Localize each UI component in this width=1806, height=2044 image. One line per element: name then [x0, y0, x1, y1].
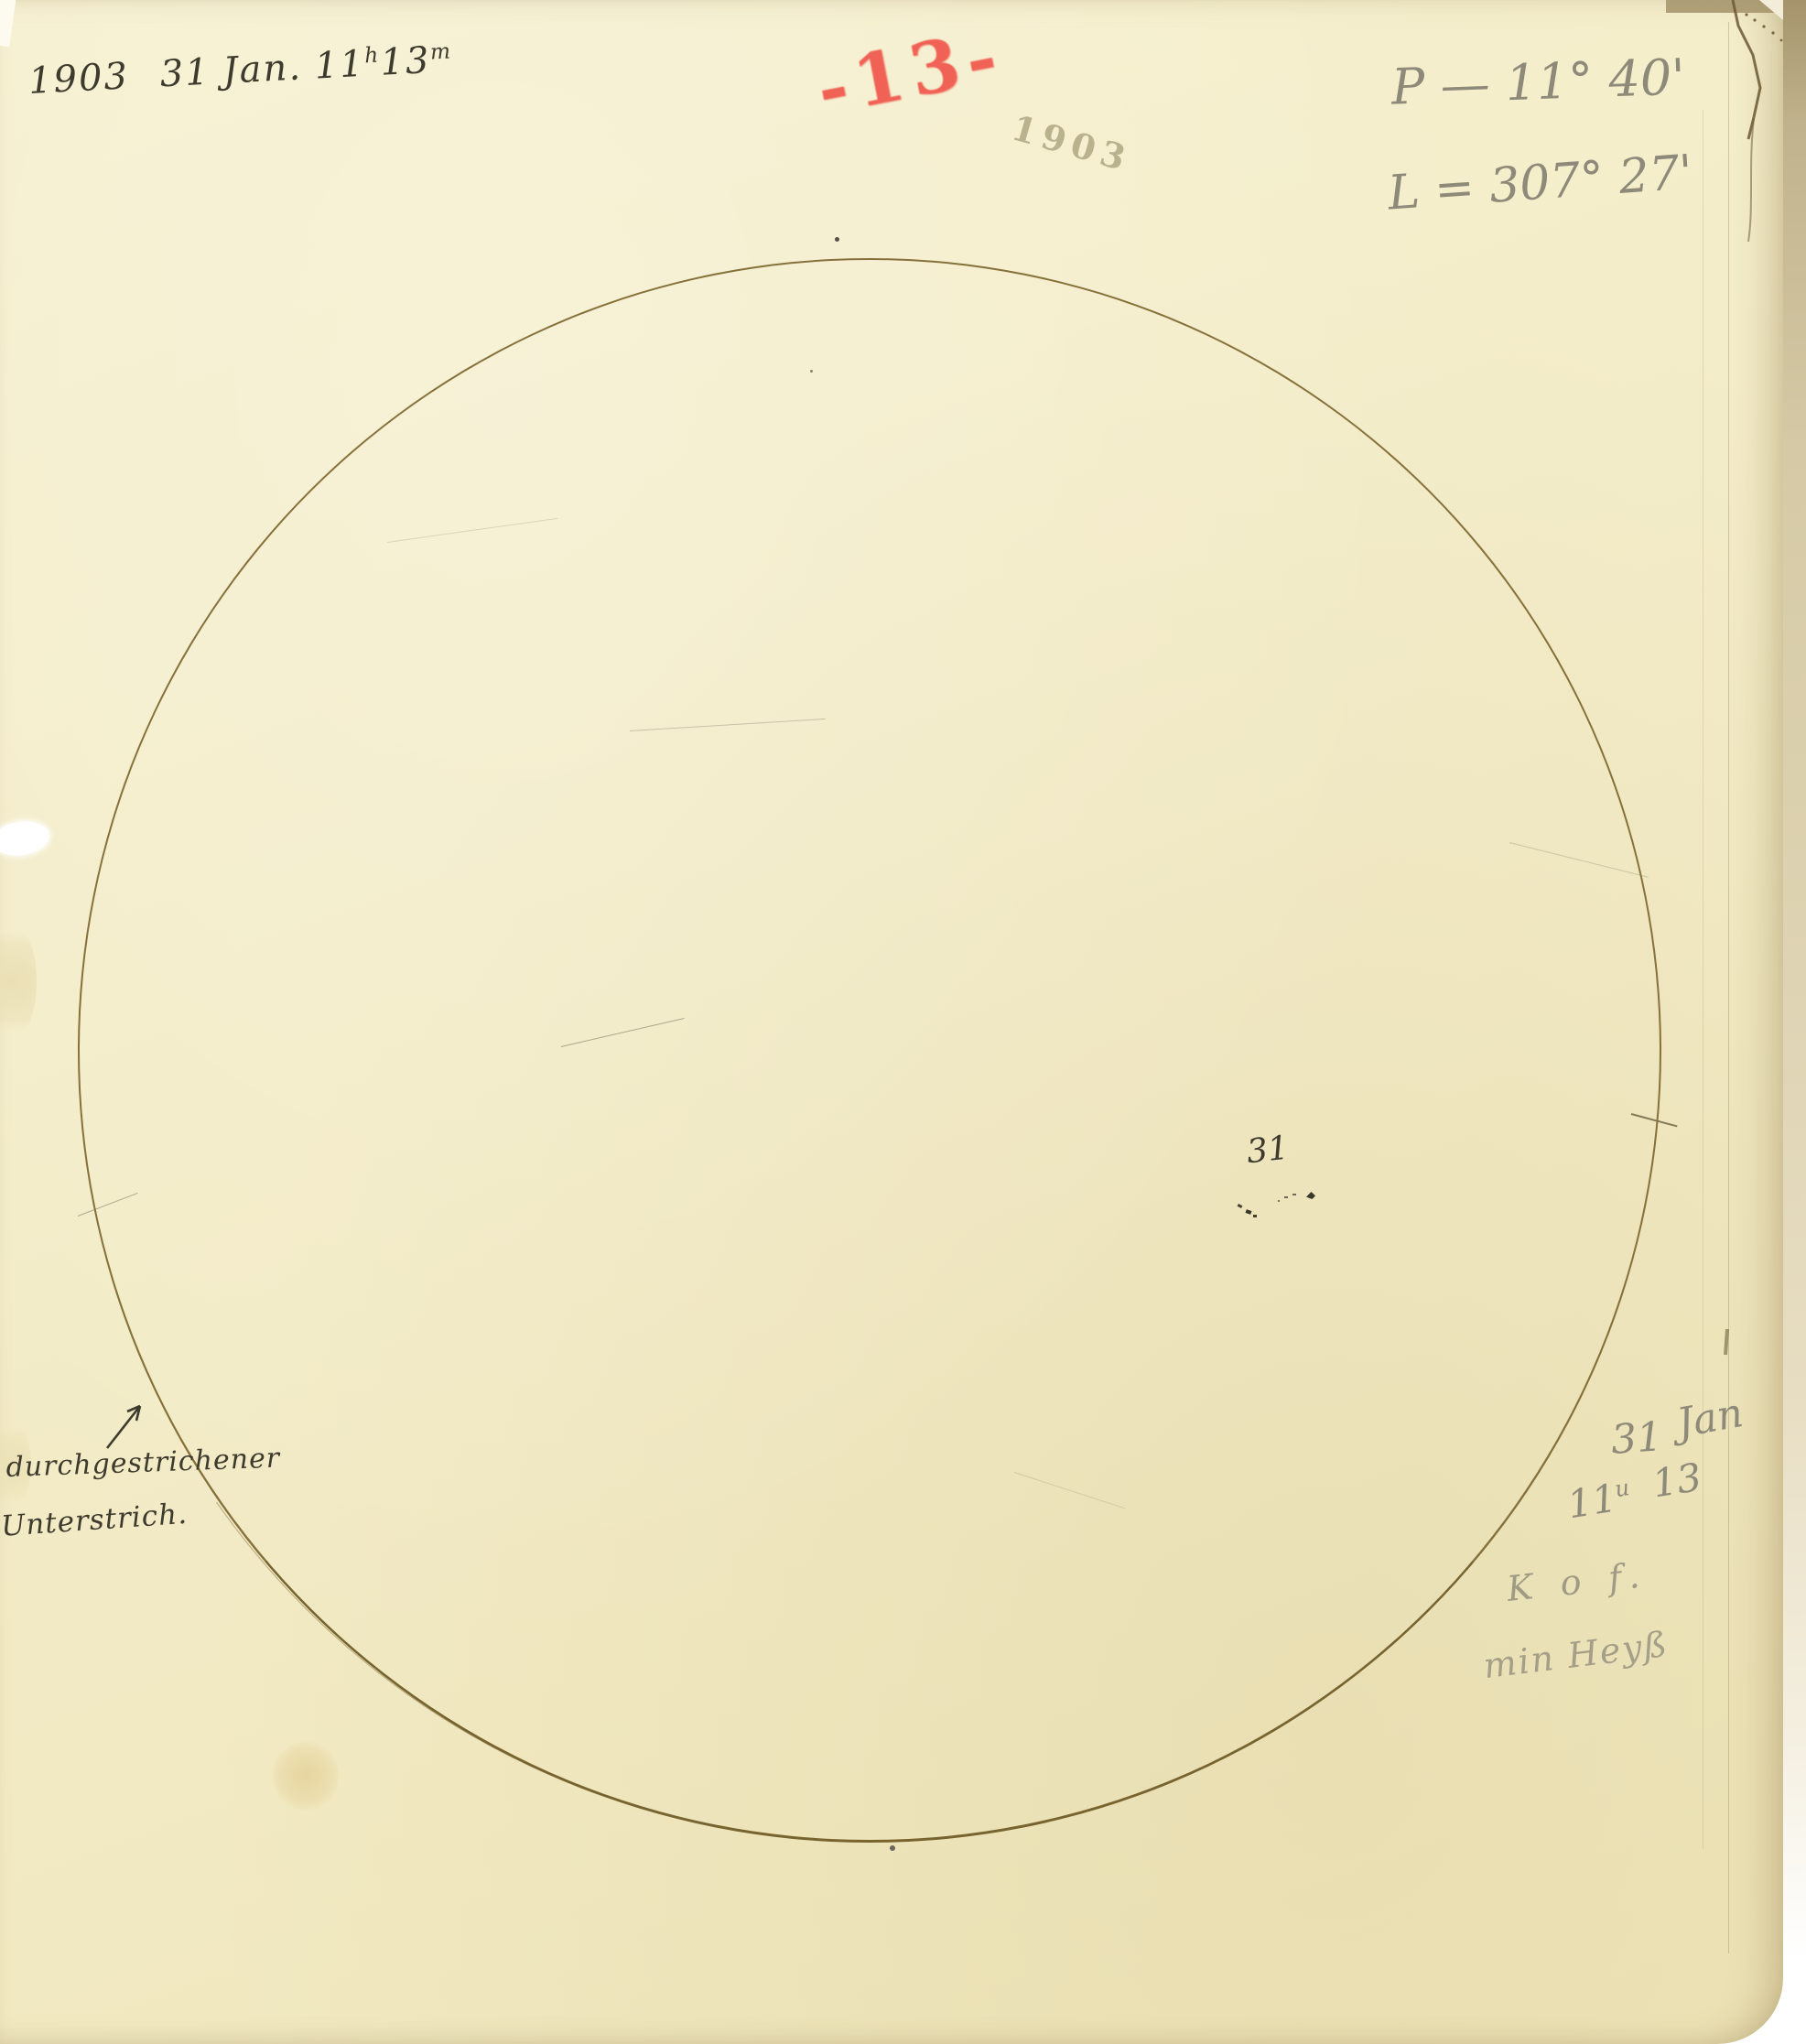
date-note-day: 31 [1609, 1413, 1663, 1464]
time-note-hour: 11 [1564, 1476, 1619, 1528]
longitude-value: L = 307° 27' [1386, 145, 1694, 221]
date-hour: 11 [314, 43, 366, 88]
spot-group-label: 31 [1245, 1130, 1291, 1172]
top-fiducial-dot [835, 237, 839, 242]
paper-sheet: 190331Jan.11h13m -13- 1903 P — 11° 40' L… [0, 0, 1783, 2044]
time-note-minutes: 13 [1649, 1455, 1704, 1507]
note-line-2: Unterstrich. [0, 1498, 189, 1543]
date-note-month: Jan [1673, 1390, 1747, 1447]
stain-mark [273, 1741, 339, 1811]
signature-note: min Heyß [1481, 1624, 1671, 1686]
date-day: 31 [159, 51, 211, 96]
observation-date: 190331Jan.11h13m [27, 38, 454, 103]
sunspot-speck [1292, 1194, 1296, 1195]
position-angle-value: P — 11° 40' [1390, 48, 1686, 115]
time-note-hour-unit: u [1613, 1474, 1631, 1502]
sunspot-speck [1284, 1196, 1288, 1198]
page-number-red: -13- [810, 14, 1011, 132]
year-stamp: 1903 [1007, 106, 1136, 179]
date-month: Jan. [222, 46, 303, 92]
date-minutes: 13 [379, 39, 431, 84]
crease-line [1703, 110, 1703, 1849]
date-year: 1903 [27, 55, 130, 103]
stain-mark [0, 923, 37, 1040]
time-note: 11u13 [1564, 1462, 1705, 1528]
date-hour-unit: h [363, 43, 380, 69]
paper-crack-mark [1721, 0, 1794, 275]
paper-hole [0, 818, 51, 859]
sunspot-speck [1253, 1215, 1257, 1217]
paper-notch [0, 0, 16, 47]
bottom-fiducial-dot [890, 1845, 895, 1851]
crease-line [1728, 22, 1729, 1953]
observer-note: K o f. [1505, 1554, 1649, 1609]
solar-disk-secondary-arc [0, 124, 1790, 1967]
date-minutes-unit: m [429, 38, 452, 64]
sunspot-speck [1278, 1200, 1280, 1202]
scan-root: 190331Jan.11h13m -13- 1903 P — 11° 40' L… [0, 0, 1806, 2044]
